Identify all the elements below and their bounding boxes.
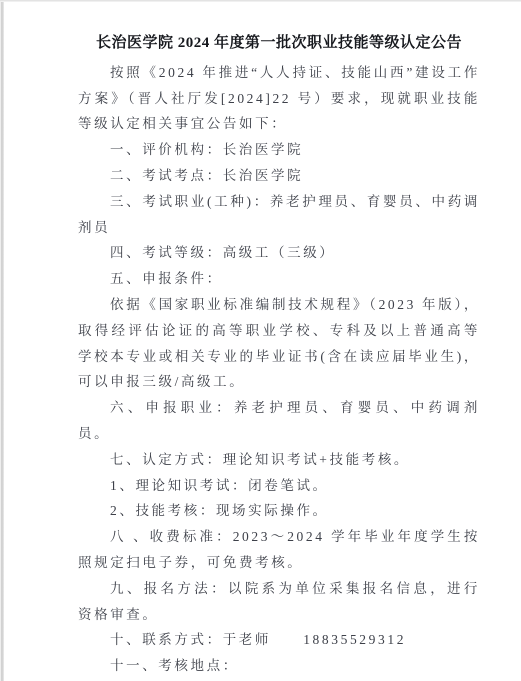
paragraph-3: 二、考试考点：长治医学院 bbox=[78, 163, 480, 189]
paragraph-14: 十、联系方式：于老师 18835529312 bbox=[78, 627, 480, 653]
paragraph-2: 一、评价机构：长治医学院 bbox=[78, 137, 480, 163]
paragraph-13: 九、报名方法：以院系为单位采集报名信息，进行资格审查。 bbox=[78, 576, 480, 628]
page-left-edge bbox=[0, 0, 4, 681]
paragraph-10: 1、理论知识考试：闭卷笔试。 bbox=[78, 473, 480, 499]
document-title: 长治医学院 2024 年度第一批次职业技能等级认定公告 bbox=[78, 31, 480, 57]
document-page: 长治医学院 2024 年度第一批次职业技能等级认定公告 按照《2024 年推进“… bbox=[0, 0, 521, 681]
paragraph-6: 五、申报条件： bbox=[78, 266, 480, 292]
paragraph-5: 四、考试等级：高级工（三级） bbox=[78, 240, 480, 266]
paragraph-12: 八 、收费标准：2023～2024 学年毕业年度学生按照规定扫电子券，可免费考核… bbox=[78, 524, 480, 576]
paragraph-9: 七、认定方式：理论知识考试+技能考核。 bbox=[78, 447, 480, 473]
paragraph-4: 三、考试职业(工种)：养老护理员、育婴员、中药调剂员 bbox=[78, 189, 480, 241]
paragraph-1: 按照《2024 年推进“人人持证、技能山西”建设工作方案》（晋人社厅发[2024… bbox=[78, 60, 480, 137]
paragraph-7: 依据《国家职业标准编制技术规程》（2023 年版），取得经评估论证的高等职业学校… bbox=[78, 292, 480, 395]
page-top-edge bbox=[0, 0, 521, 2]
paragraph-8: 六、申报职业：养老护理员、育婴员、中药调剂员。 bbox=[78, 395, 480, 447]
paragraph-15: 十一、考核地点： bbox=[78, 653, 480, 679]
paragraph-11: 2、技能考核：现场实际操作。 bbox=[78, 498, 480, 524]
document-body: 按照《2024 年推进“人人持证、技能山西”建设工作方案》（晋人社厅发[2024… bbox=[78, 60, 480, 679]
